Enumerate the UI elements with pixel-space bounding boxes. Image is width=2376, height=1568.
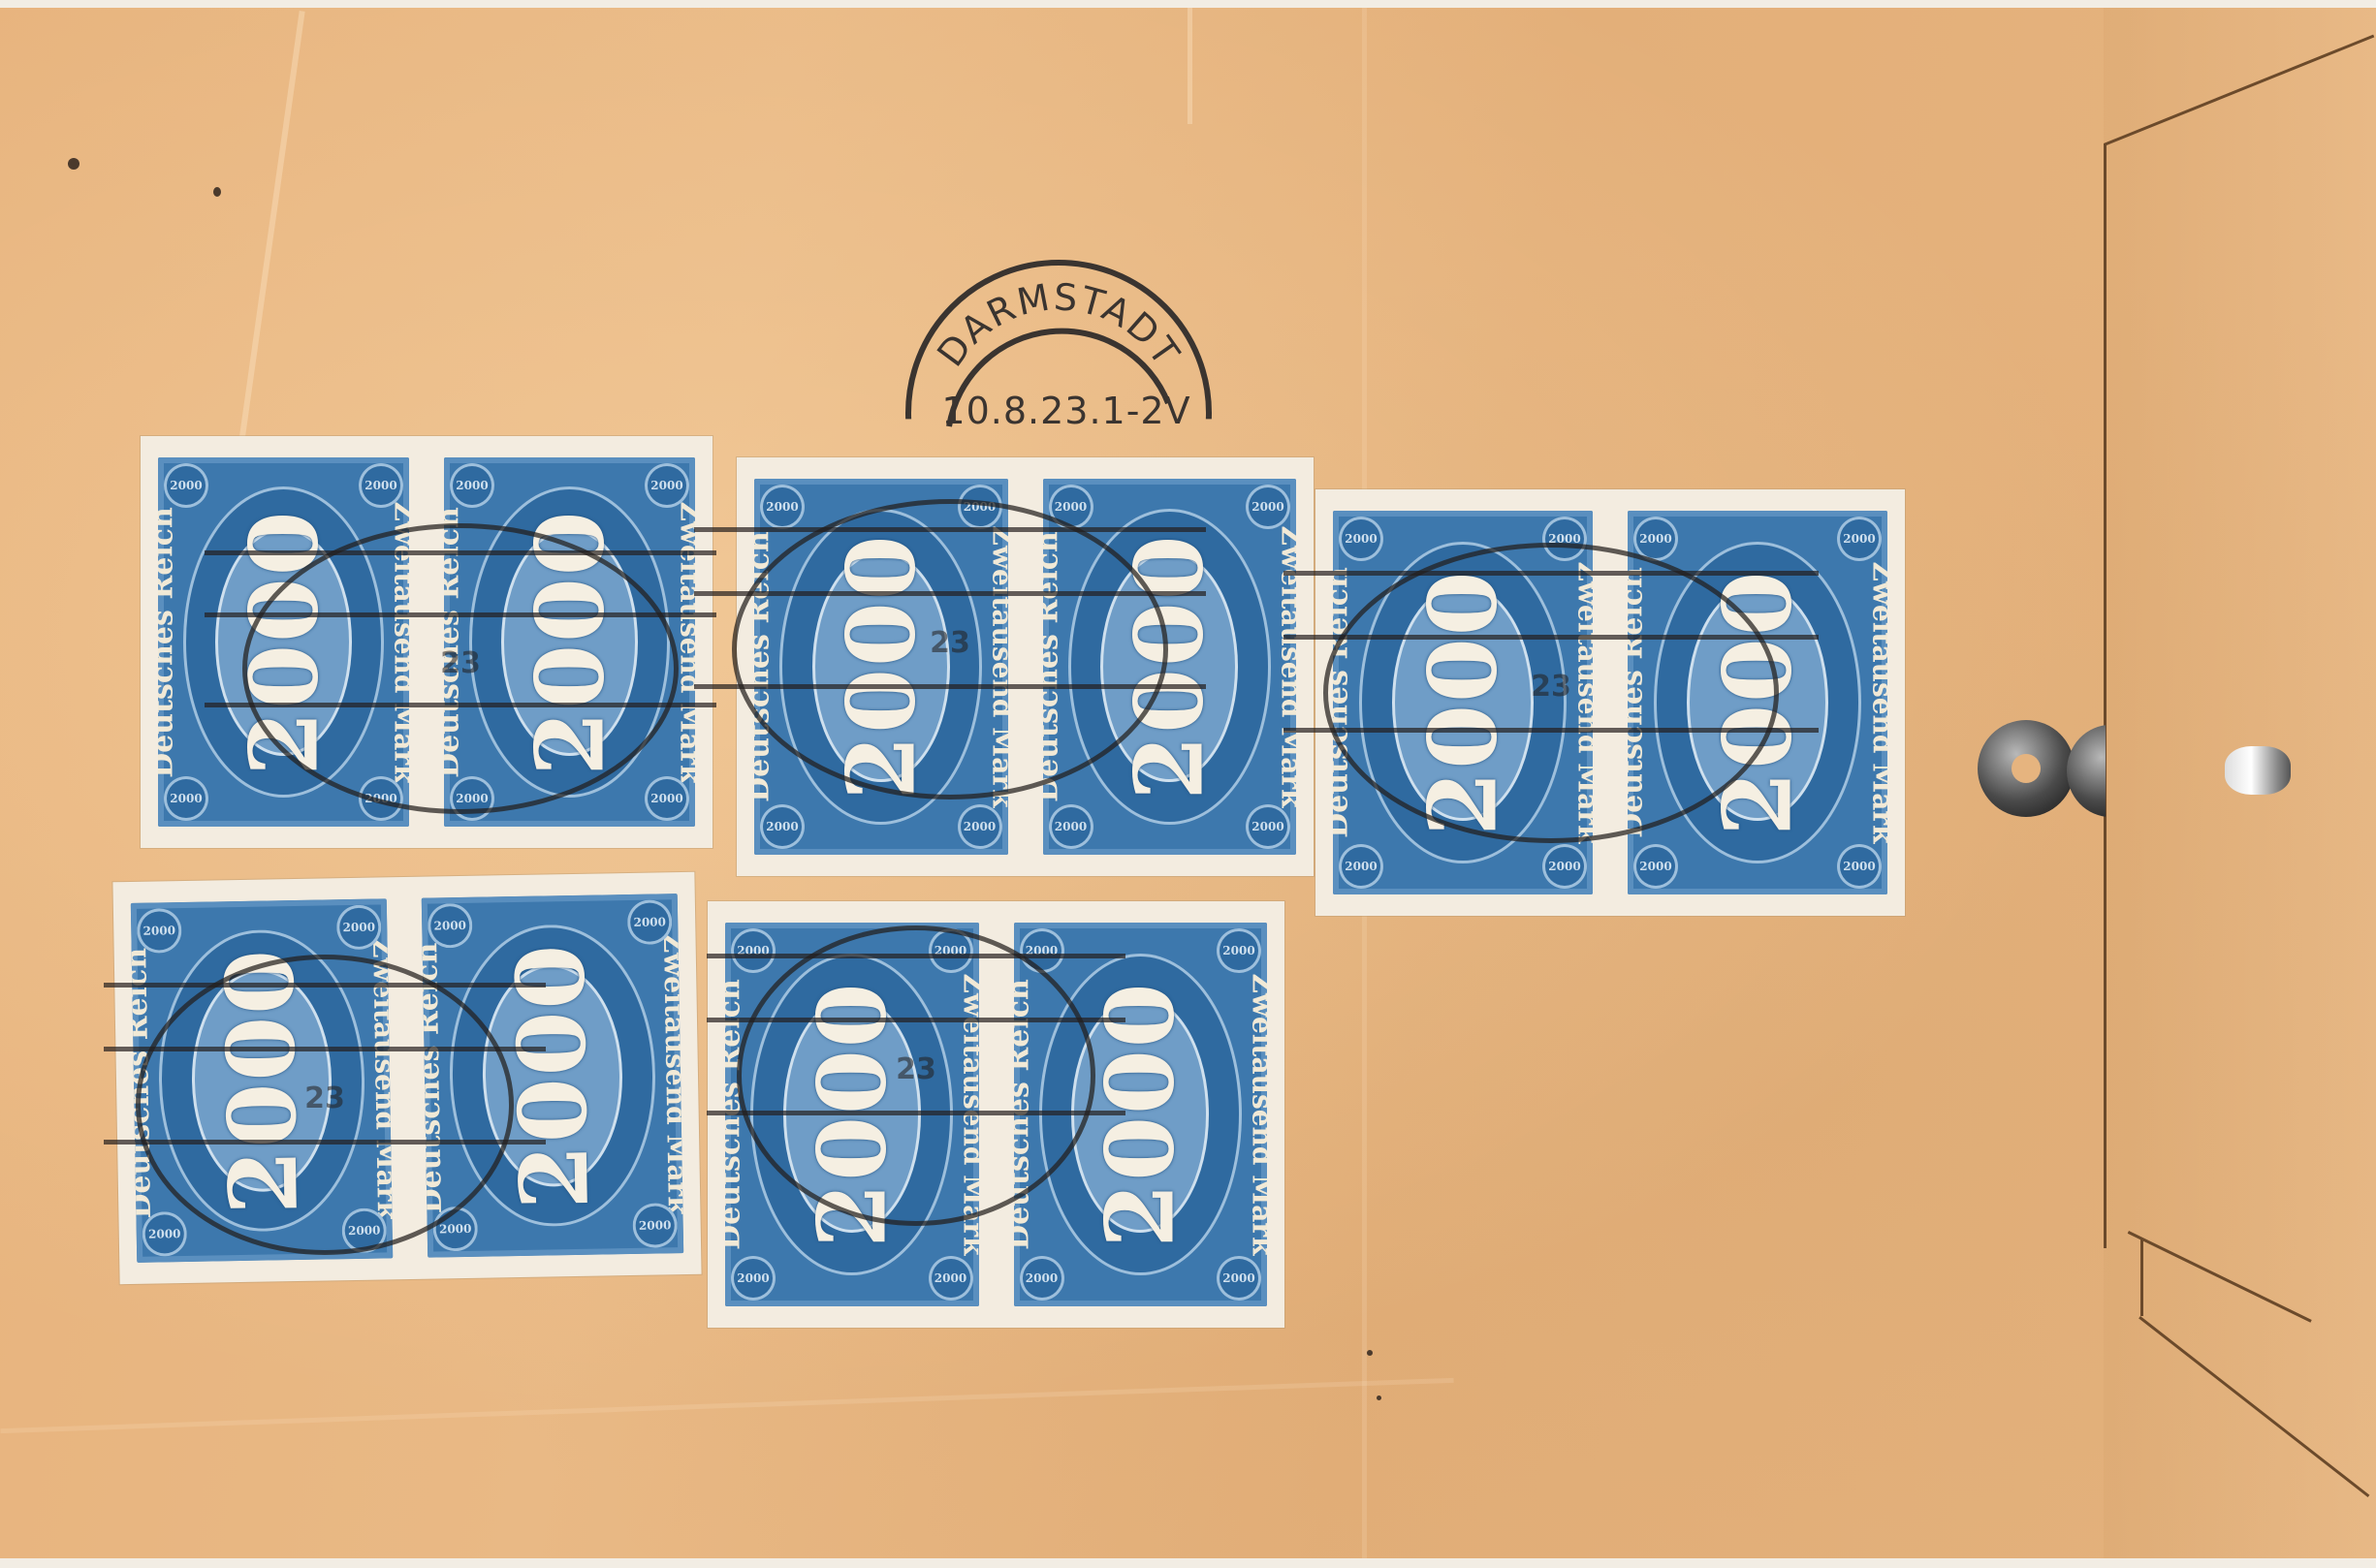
corner-value: 2000 — [164, 776, 208, 821]
ink-speck — [213, 187, 221, 197]
stamp-denomination: 2000 — [1409, 569, 1518, 835]
corner-value: 2000 — [958, 804, 1002, 849]
corner-value: 2000 — [1020, 928, 1064, 973]
postage-stamp: Deutsches Reich Zweitausend Mark 2000 20… — [1026, 457, 1315, 876]
postage-stamp: Deutsches Reich Zweitausend Mark 2000 20… — [1610, 489, 1905, 916]
stamp-denomination: 2000 — [495, 941, 610, 1209]
flap-edge — [2104, 143, 2107, 1248]
washer-icon — [1978, 720, 2075, 817]
paper-crease — [1188, 8, 1192, 124]
corner-value: 2000 — [341, 1207, 387, 1253]
postmark-city: DARMSTADT — [929, 275, 1188, 374]
postage-stamp: Deutsches Reich Zweitausend Mark 2000 20… — [112, 877, 410, 1284]
corner-value: 2000 — [1633, 844, 1678, 889]
stamp-denomination: 2000 — [205, 947, 319, 1215]
stamp-denomination: 2000 — [826, 533, 935, 800]
corner-value: 2000 — [359, 463, 403, 508]
stamp-block-2: Deutsches Reich Zweitausend Mark 2000 20… — [737, 457, 1314, 876]
ink-speck — [68, 158, 79, 170]
stamp-block-4: Deutsches Reich Zweitausend Mark 2000 20… — [112, 872, 701, 1284]
stamp-denomination: 2000 — [797, 981, 906, 1247]
corner-value: 2000 — [760, 804, 805, 849]
corner-value: 2000 — [1339, 517, 1383, 561]
postage-stamp: Deutsches Reich Zweitausend Mark 2000 20… — [737, 457, 1026, 876]
postage-stamp: Deutsches Reich Zweitausend Mark 2000 20… — [427, 436, 713, 848]
corner-value: 2000 — [1217, 928, 1261, 973]
flap-edge — [2140, 1239, 2143, 1316]
corner-value: 2000 — [731, 1256, 776, 1301]
stamp-block-5: Deutsches Reich Zweitausend Mark 2000 20… — [708, 901, 1284, 1328]
corner-value: 2000 — [1217, 1256, 1261, 1301]
corner-value: 2000 — [958, 485, 1002, 529]
corner-value: 2000 — [1542, 844, 1587, 889]
corner-value: 2000 — [1049, 804, 1093, 849]
stamp-block-1: Deutsches Reich Zweitausend Mark 2000 20… — [141, 436, 713, 848]
postage-stamp: Deutsches Reich Zweitausend Mark 2000 20… — [403, 872, 701, 1279]
corner-value: 2000 — [1339, 844, 1383, 889]
corner-value: 2000 — [645, 776, 689, 821]
postage-stamp: Deutsches Reich Zweitausend Mark 2000 20… — [141, 436, 427, 848]
corner-value: 2000 — [450, 776, 494, 821]
stamp-issuer: Deutsches Reich — [422, 1078, 447, 1079]
rivet-icon — [2225, 746, 2291, 795]
stamp-denomination: 2000 — [515, 509, 624, 775]
corner-value: 2000 — [1020, 1256, 1064, 1301]
stamp-value-words: Zweitausend Mark — [659, 1073, 683, 1074]
corner-value: 2000 — [1246, 485, 1290, 529]
stamp-block-3: Deutsches Reich Zweitausend Mark 2000 20… — [1315, 489, 1905, 916]
corner-value: 2000 — [1633, 517, 1678, 561]
postmark-date: 10.8.23.1-2V — [935, 390, 1197, 432]
corner-value: 2000 — [1837, 844, 1882, 889]
ink-speck — [1377, 1396, 1381, 1400]
corner-value: 2000 — [450, 463, 494, 508]
corner-value: 2000 — [760, 485, 805, 529]
corner-value: 2000 — [731, 928, 776, 973]
corner-value: 2000 — [359, 776, 403, 821]
paper-crease — [0, 1378, 1453, 1433]
corner-value: 2000 — [1542, 517, 1587, 561]
svg-text:DARMSTADT: DARMSTADT — [929, 275, 1188, 374]
corner-value: 2000 — [428, 903, 473, 949]
stamp-issuer: Deutsches Reich — [131, 1082, 156, 1083]
postage-stamp: Deutsches Reich Zweitausend Mark 2000 20… — [997, 901, 1285, 1328]
postage-stamp: Deutsches Reich Zweitausend Mark 2000 20… — [1315, 489, 1610, 916]
corner-value: 2000 — [1837, 517, 1882, 561]
stamp-denomination: 2000 — [1115, 533, 1224, 800]
corner-value: 2000 — [137, 908, 182, 954]
postage-stamp: Deutsches Reich Zweitausend Mark 2000 20… — [708, 901, 997, 1328]
ink-speck — [1367, 1350, 1373, 1356]
corner-value: 2000 — [929, 1256, 973, 1301]
corner-value: 2000 — [164, 463, 208, 508]
stamp-denomination: 2000 — [229, 509, 338, 775]
corner-value: 2000 — [1246, 804, 1290, 849]
corner-value: 2000 — [632, 1203, 678, 1248]
stamp-value-words: Zweitausend Mark — [368, 1079, 393, 1080]
corner-value: 2000 — [142, 1211, 187, 1257]
corner-value: 2000 — [432, 1207, 478, 1252]
stamp-denomination: 2000 — [1703, 569, 1813, 835]
corner-value: 2000 — [645, 463, 689, 508]
stamp-denomination: 2000 — [1086, 981, 1195, 1247]
corner-value: 2000 — [929, 928, 973, 973]
string-tie-fastener[interactable] — [1978, 720, 2104, 822]
corner-value: 2000 — [1049, 485, 1093, 529]
